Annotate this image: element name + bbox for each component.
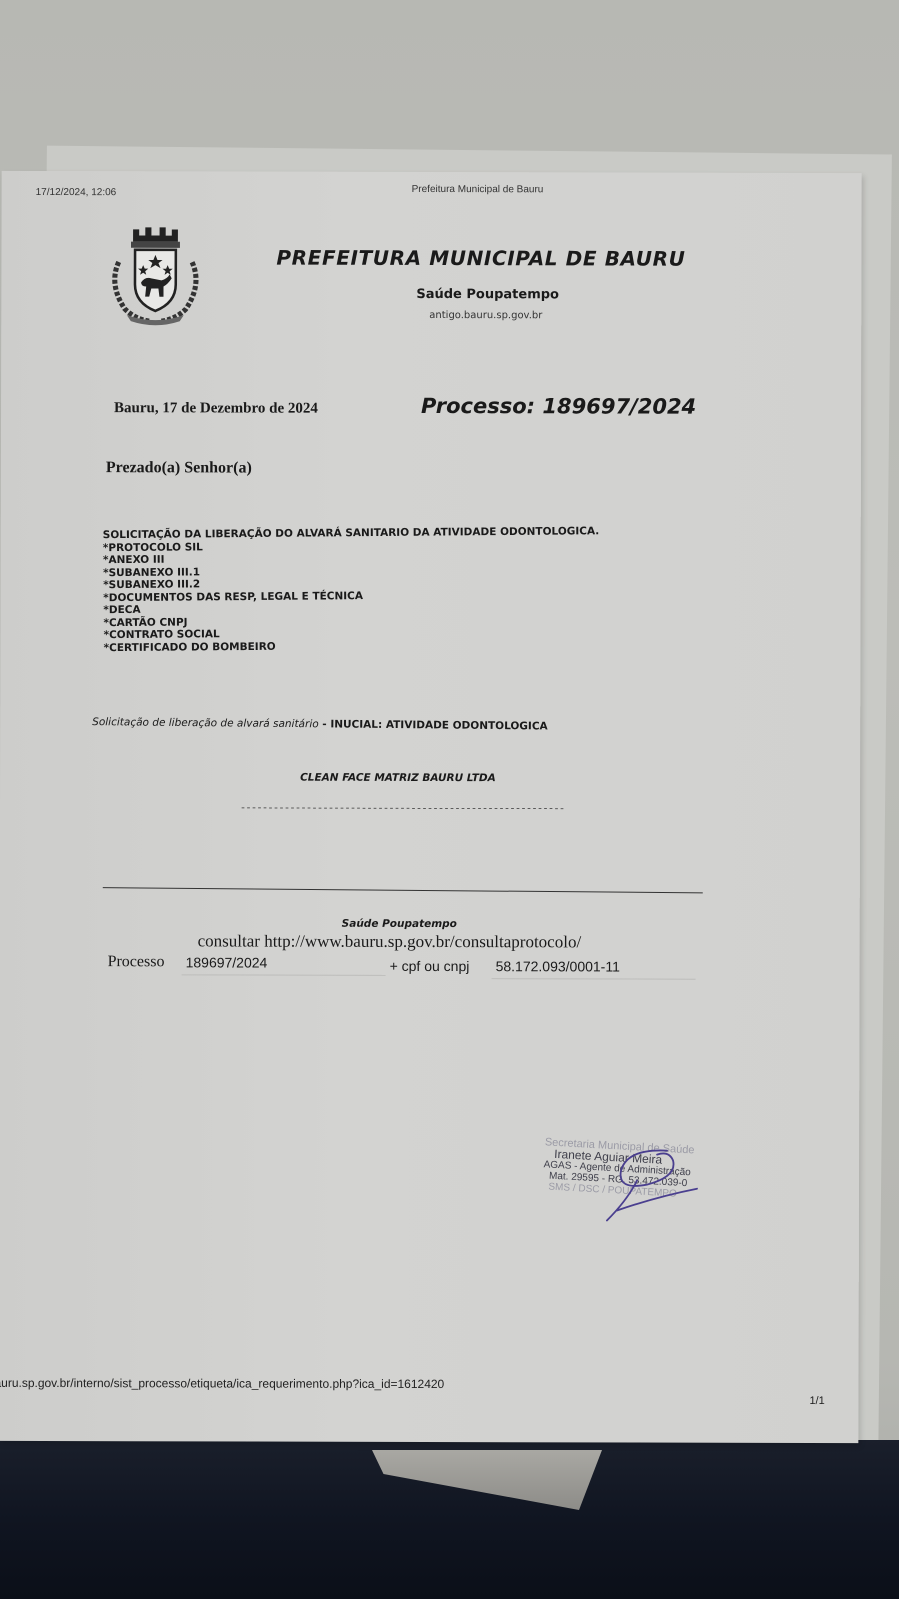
subject-italic: Solicitação de liberação de alvará sanit…	[92, 716, 319, 730]
process-number: Processo: 189697/2024	[421, 394, 696, 419]
website: antigo.bauru.sp.gov.br	[429, 310, 542, 321]
date-line: Bauru, 17 de Dezembro de 2024	[114, 400, 318, 418]
process-field: 189697/2024	[182, 954, 386, 976]
request-list: SOLICITAÇÃO DA LIBERAÇÃO DO ALVARÁ SANIT…	[103, 525, 600, 654]
divider	[103, 887, 703, 893]
cpf-label: + cpf ou cnpj	[390, 958, 470, 974]
municipal-coat-of-arms-icon	[104, 221, 206, 327]
signature-line: ----------------------------------------…	[240, 804, 565, 816]
page-number: 1/1	[809, 1395, 824, 1407]
print-timestamp: 17/12/2024, 12:06	[36, 187, 117, 198]
process-label: Processo	[108, 953, 165, 971]
greeting: Prezado(a) Senhor(a)	[106, 459, 252, 477]
subject-bold: - INUCIAL: ATIVIDADE ODONTOLOGICA	[319, 718, 548, 732]
consult-link-text: consultar http://www.bauru.sp.gov.br/con…	[198, 931, 582, 952]
cpf-field: 58.172.093/0001-11	[492, 958, 696, 980]
print-url: auru.sp.gov.br/interno/sist_processo/eti…	[0, 1376, 444, 1391]
subject-line: Solicitação de liberação de alvará sanit…	[92, 716, 548, 732]
document-title: PREFEITURA MUNICIPAL DE BAURU	[276, 246, 685, 271]
footer-title: Saúde Poupatempo	[342, 918, 457, 930]
document-page: 17/12/2024, 12:06 Prefeitura Municipal d…	[0, 171, 862, 1443]
signature-scribble-icon	[597, 1140, 717, 1230]
department-name: Saúde Poupatempo	[416, 287, 559, 302]
print-page-title: Prefeitura Municipal de Bauru	[412, 184, 544, 195]
company-name: CLEAN FACE MATRIZ BAURU LTDA	[300, 772, 496, 785]
